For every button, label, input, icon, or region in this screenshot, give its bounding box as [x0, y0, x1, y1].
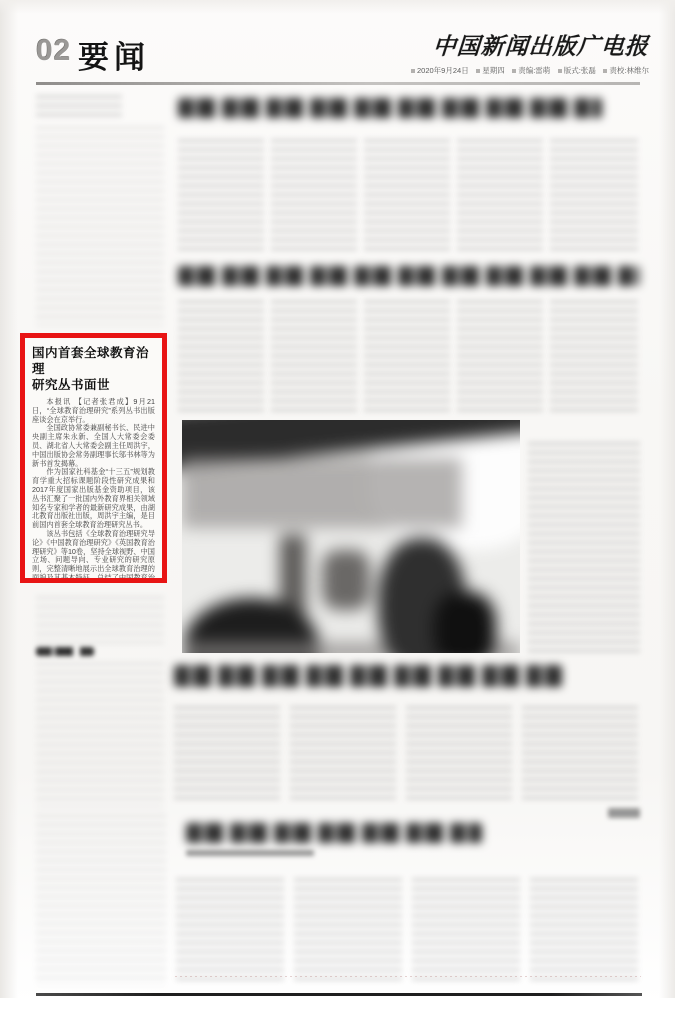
article-title-line1: 国内首套全球教育治理: [32, 346, 149, 376]
section-title: 要闻: [78, 32, 150, 77]
blurred-news-photo: [182, 420, 520, 653]
blurred-column: [530, 878, 638, 984]
blurred-column: [457, 139, 543, 251]
bottom-rule: [36, 993, 642, 996]
article-paragraph: 作为国家社科基金“十三五”规划教育学重大招标课题阶段性研究成果和2017年度国家…: [32, 468, 155, 530]
dateline-weekday: 星期四: [476, 65, 505, 76]
article-title: 国内首套全球教育治理 研究丛书面世: [32, 345, 155, 393]
article-paragraph: 本报讯 【记者张君成】9月21日，“全球教育治理研究”系列丛书出版座谈会在京举行…: [32, 398, 155, 424]
blurred-column: [364, 300, 450, 414]
article-title-line2: 研究丛书面世: [32, 378, 110, 392]
blurred-column: [522, 706, 638, 804]
blurred-column: [294, 878, 402, 984]
blurred-left-column: [36, 814, 166, 986]
dateline-layout: 版式:张磊: [558, 65, 596, 76]
masthead-logo: 中国新闻出版广电报: [408, 28, 650, 61]
blurred-column: [406, 706, 512, 804]
blurred-headline-3: [174, 665, 562, 687]
blurred-column: [550, 139, 638, 251]
blurred-column: [176, 878, 284, 984]
blurred-column: [457, 300, 543, 414]
newspaper-page: 02 要闻 中国新闻出版广电报 2020年9月24日 星期四 责编:雷萌 版式:…: [0, 0, 675, 1024]
blurred-column: [271, 139, 357, 251]
blurred-column: [178, 139, 264, 251]
blurred-headline-4: [186, 823, 482, 843]
page-number: 02: [36, 34, 71, 68]
blurred-column: [271, 300, 357, 414]
dateline-proofreader: 责校:林维尔: [603, 65, 649, 76]
article-paragraph: 该丛书包括《全球教育治理研究导论》《中国教育治理研究》《英国教育治理研究》等10…: [32, 530, 155, 583]
photo-texture: [182, 420, 520, 653]
blurred-tag: [608, 808, 640, 818]
dateline: 2020年9月24日 星期四 责编:雷萌 版式:张磊 责校:林维尔: [411, 65, 649, 76]
blurred-kicker-block: [36, 95, 122, 119]
scan-edge-bottom: [0, 998, 675, 1024]
dateline-editor: 责编:雷萌: [512, 65, 550, 76]
scan-edge-left: [0, 0, 18, 1000]
scan-edge-top: [0, 0, 675, 14]
blurred-left-column: [36, 596, 164, 644]
blurred-mini-heading: [36, 647, 94, 656]
blurred-column: [174, 706, 280, 804]
scan-edge-right: [659, 0, 675, 1000]
dateline-date: 2020年9月24日: [411, 65, 469, 76]
blurred-column: [550, 300, 638, 414]
blurred-column: [290, 706, 396, 804]
blurred-column: [412, 878, 520, 984]
blurred-headline-2: [178, 266, 640, 286]
blurred-photo-caption: [528, 442, 640, 654]
blurred-column: [364, 139, 450, 251]
blurred-headline-1: [178, 98, 602, 118]
dotted-divider: [175, 976, 641, 977]
highlighted-article: 国内首套全球教育治理 研究丛书面世 本报讯 【记者张君成】9月21日，“全球教育…: [20, 333, 167, 583]
article-paragraph: 全国政协常委兼副秘书长、民进中央副主席朱永新、全国人大常委会委员、湖北省人大常委…: [32, 424, 155, 468]
blurred-column: [178, 300, 264, 414]
blurred-subheading: [186, 850, 314, 856]
header-divider: [36, 82, 640, 85]
blurred-left-column: [36, 662, 164, 808]
blurred-left-column: [36, 126, 164, 326]
